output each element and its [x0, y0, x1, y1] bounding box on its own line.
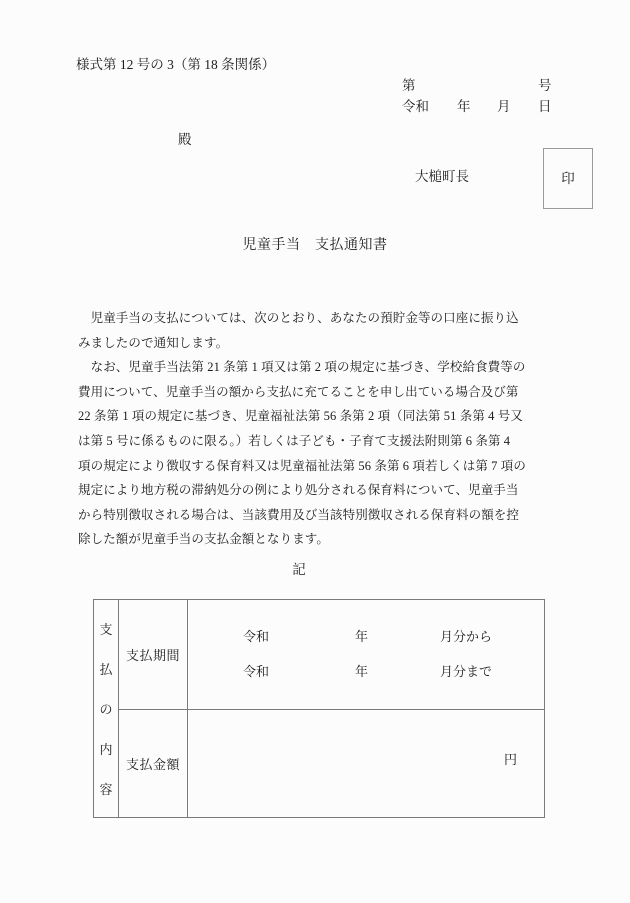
row-header-char: 容	[99, 779, 112, 798]
body-line: 規定により地方税の滞納処分の例により処分される保育料について、児童手当	[78, 478, 520, 503]
table-row-header-payment-contents: 支 払 の 内 容	[94, 600, 118, 817]
payment-period-label: 支払期間	[119, 600, 187, 709]
doc-number-suffix: 号	[538, 78, 552, 93]
document-title: 児童手当 支払通知書	[0, 234, 630, 254]
period-from-month: 月分から	[440, 627, 492, 647]
body-line: 項の規定により徴収する保育料又は児童福祉法第 56 条第 6 項若しくは第 7 …	[78, 454, 520, 479]
row-header-char: 払	[99, 659, 112, 678]
body-line: 費用について、児童手当の額から支払に充てることを申し出ている場合及び第	[78, 380, 520, 405]
row-header-char: 支	[99, 619, 112, 638]
payment-period-to-line: 令和 年 月分まで	[188, 662, 545, 682]
period-to-year: 年	[355, 662, 368, 682]
payment-period-from-line: 令和 年 月分から	[188, 627, 545, 647]
body-line: 児童手当の支払については、次のとおり、あなたの預貯金等の口座に振り込	[78, 306, 520, 331]
row-header-char: 内	[99, 739, 112, 758]
notation-ki: 記	[78, 558, 520, 578]
body-line: から特別徴収される場合は、当該費用及び当該特別徴収される保育料の額を控	[78, 503, 520, 528]
payment-notice-document: 様式第 12 号の 3（第 18 条関係） 第 号 令和 年 月 日 殿 大槌町…	[0, 0, 630, 903]
body-line: みましたので通知します。	[78, 331, 520, 356]
body-line: 22 条第 1 項の規定に基づき、児童福祉法第 56 条第 2 項（同法第 51…	[78, 404, 520, 429]
payment-details-table: 支 払 の 内 容 支払期間 令和 年 月分から 令和 年 月分まで 支払金額 …	[93, 599, 545, 818]
period-to-month: 月分まで	[440, 662, 492, 682]
period-to-era: 令和	[243, 662, 269, 682]
date-month-label: 月	[497, 99, 511, 114]
body-line: は第 5 号に係るものに限る。）若しくは子ども・子育て支援法附則第 6 条第 4	[78, 429, 520, 454]
row-header-char: の	[99, 699, 112, 718]
date-year-label: 年	[457, 99, 471, 114]
doc-number-prefix: 第	[402, 78, 416, 93]
seal-box: 印	[543, 148, 593, 209]
seal-mark: 印	[561, 171, 575, 186]
date-day-label: 日	[538, 99, 552, 114]
body-text: 児童手当の支払については、次のとおり、あなたの預貯金等の口座に振り込 みましたの…	[78, 306, 520, 552]
addressee-honorific: 殿	[178, 132, 192, 147]
body-line: なお、児童手当法第 21 条第 1 項又は第 2 項の規定に基づき、学校給食費等…	[78, 355, 520, 380]
payment-amount-unit-yen: 円	[504, 750, 517, 770]
payment-period-value-cell: 令和 年 月分から 令和 年 月分まで	[188, 600, 545, 709]
payment-amount-label: 支払金額	[119, 710, 187, 817]
issuer-name: 大槌町長	[415, 169, 469, 184]
period-from-era: 令和	[243, 627, 269, 647]
period-from-year: 年	[355, 627, 368, 647]
date-era-label: 令和	[402, 99, 429, 114]
payment-amount-value-cell: 円	[188, 710, 545, 817]
form-number-label: 様式第 12 号の 3（第 18 条関係）	[76, 57, 275, 72]
body-line: 除した額が児童手当の支払金額となります。	[78, 527, 520, 552]
